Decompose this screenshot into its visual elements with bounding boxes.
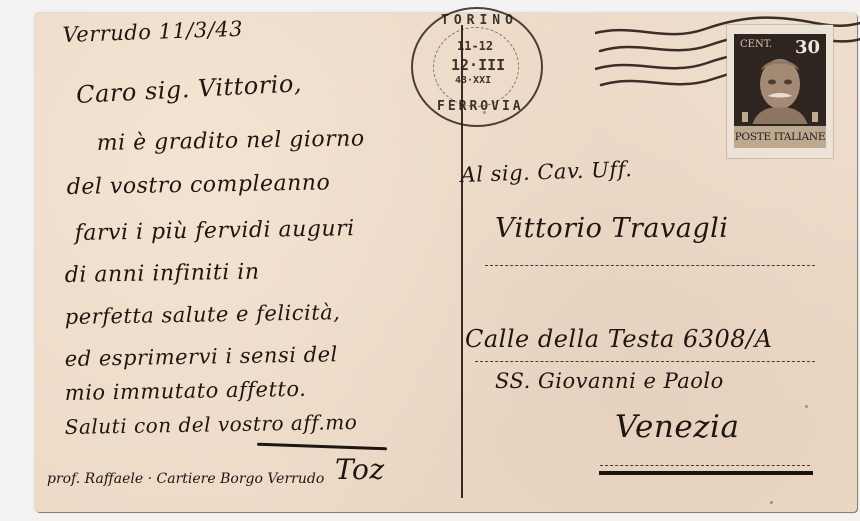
- postmark-city: TORINO: [441, 13, 518, 28]
- address-rule: [485, 265, 815, 266]
- postmark-station: FERROVIA: [437, 99, 524, 114]
- place-date: Verrudo 11/3/43: [62, 17, 243, 47]
- stamp-inscription: POSTE ITALIANE: [734, 124, 826, 148]
- salutation: Caro sig. Vittorio,: [76, 69, 303, 109]
- body-line: mio immutato affetto.: [65, 377, 307, 405]
- postmark-date: 12·III: [451, 56, 505, 74]
- body-line: mi è gradito nel giorno: [97, 126, 365, 156]
- address-line: Vittorio Travagli: [495, 213, 728, 244]
- address-rule: [600, 465, 810, 466]
- address-line-city: Venezia: [615, 409, 739, 445]
- body-line: perfetta salute e felicità,: [65, 300, 341, 329]
- postmark-time: 11-12: [457, 39, 493, 53]
- stamp-frame: CENT. 30 POSTE ITALIANE: [734, 34, 826, 148]
- body-line: farvi i più fervidi auguri: [75, 216, 355, 246]
- paper-speck: [805, 405, 808, 408]
- sender-line: prof. Raffaele · Cartiere Borgo Verrudo: [47, 471, 324, 487]
- postage-stamp: CENT. 30 POSTE ITALIANE: [727, 25, 833, 158]
- address-rule: [475, 361, 815, 362]
- postmark-year: 43·XXI: [455, 75, 491, 86]
- postmark: TORINO 11-12 12·III 43·XXI FERROVIA: [411, 7, 543, 127]
- address-line: Al sig. Cav. Uff.: [460, 157, 633, 187]
- body-line: ed esprimervi i sensi del: [65, 342, 338, 371]
- postcard: Verrudo 11/3/43 Caro sig. Vittorio, mi è…: [35, 13, 857, 512]
- body-line: Saluti con del vostro aff.mo: [65, 410, 358, 439]
- signature: Toz: [335, 453, 385, 486]
- address-line: Calle della Testa 6308/A: [465, 325, 772, 353]
- stamp-denomination-label: CENT.: [740, 39, 772, 50]
- paper-speck: [483, 111, 486, 114]
- king-portrait-icon: [742, 52, 818, 126]
- body-line: di anni infiniti in: [65, 260, 260, 288]
- paper-speck: [770, 501, 773, 504]
- body-line: del vostro compleanno: [67, 170, 331, 200]
- address-line: SS. Giovanni e Paolo: [495, 369, 724, 393]
- city-underline: [599, 471, 813, 475]
- signature-flourish: [257, 443, 387, 451]
